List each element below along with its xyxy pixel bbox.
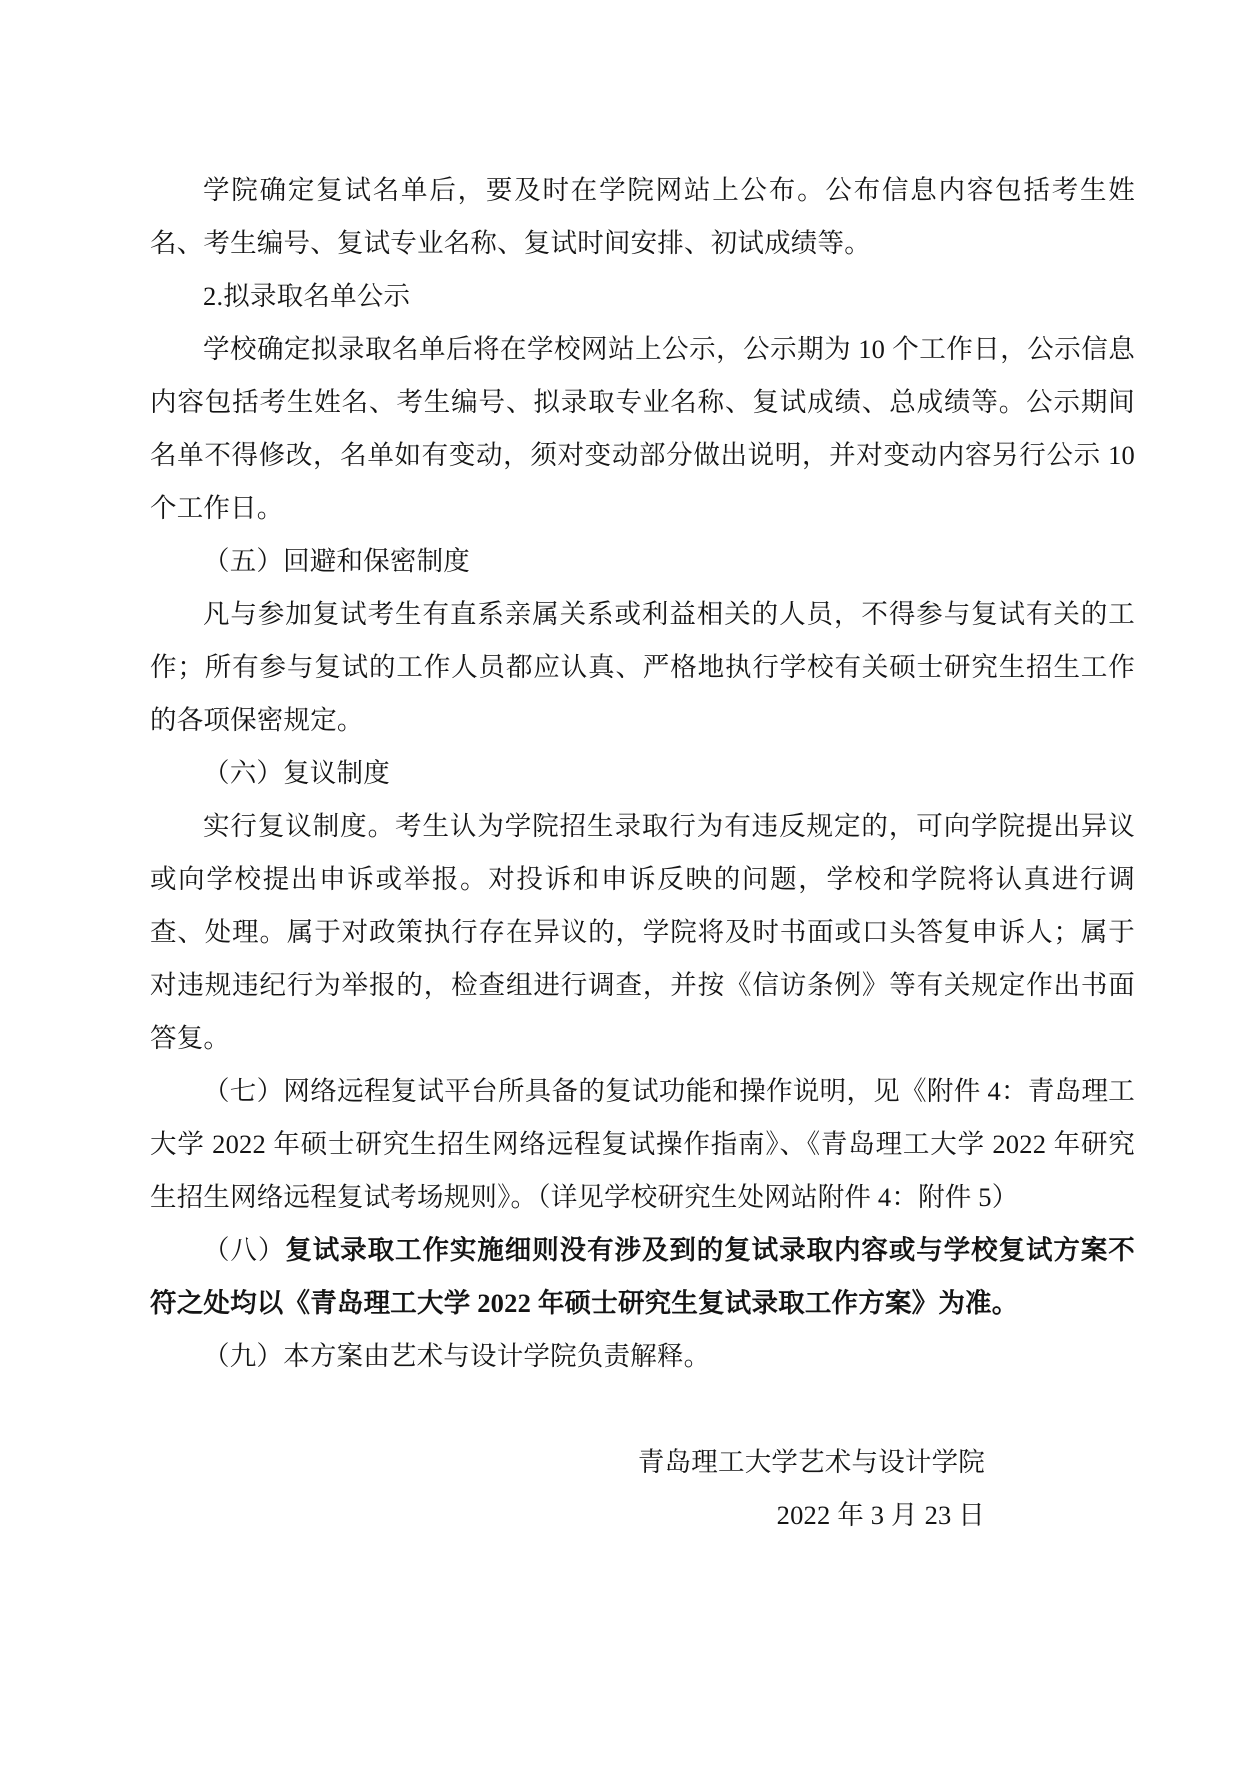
signature-block: 青岛理工大学艺术与设计学院 2022 年 3 月 23 日: [150, 1436, 1135, 1542]
paragraph-reexam-list-publish: 学院确定复试名单后，要及时在学院网站上公布。公布信息内容包括考生姓名、考生编号、…: [150, 164, 1135, 270]
paragraph-8-bold-clause: 复试录取工作实施细则没有涉及到的复试录取内容或与学校复试方案不符之处均以《青岛理…: [150, 1235, 1135, 1318]
paragraph-remote-platform-instructions: （七）网络远程复试平台所具备的复试功能和操作说明，见《附件 4：青岛理工大学 2…: [150, 1065, 1135, 1224]
paragraph-reconsideration-system: 实行复议制度。考生认为学院招生录取行为有违反规定的，可向学院提出异议或向学校提出…: [150, 800, 1135, 1065]
heading-section-5-avoidance-confidentiality: （五）回避和保密制度: [150, 535, 1135, 588]
signature-organization: 青岛理工大学艺术与设计学院: [150, 1436, 985, 1489]
paragraph-fallback-to-school-plan: （八）复试录取工作实施细则没有涉及到的复试录取内容或与学校复试方案不符之处均以《…: [150, 1224, 1135, 1330]
heading-section-6-reconsideration: （六）复议制度: [150, 747, 1135, 800]
heading-proposed-admission-list: 2.拟录取名单公示: [150, 270, 1135, 323]
document-page: 学院确定复试名单后，要及时在学院网站上公布。公布信息内容包括考生姓名、考生编号、…: [0, 0, 1256, 1777]
signature-date: 2022 年 3 月 23 日: [150, 1489, 985, 1542]
paragraph-avoidance-confidentiality: 凡与参加复试考生有直系亲属关系或利益相关的人员，不得参与复试有关的工作；所有参与…: [150, 588, 1135, 747]
paragraph-8-prefix: （八）: [203, 1235, 285, 1265]
document-body: 学院确定复试名单后，要及时在学院网站上公布。公布信息内容包括考生姓名、考生编号、…: [150, 164, 1135, 1542]
paragraph-admission-list-publicity: 学校确定拟录取名单后将在学校网站上公示，公示期为 10 个工作日，公示信息内容包…: [150, 323, 1135, 535]
paragraph-interpretation-responsibility: （九）本方案由艺术与设计学院负责解释。: [150, 1330, 1135, 1383]
